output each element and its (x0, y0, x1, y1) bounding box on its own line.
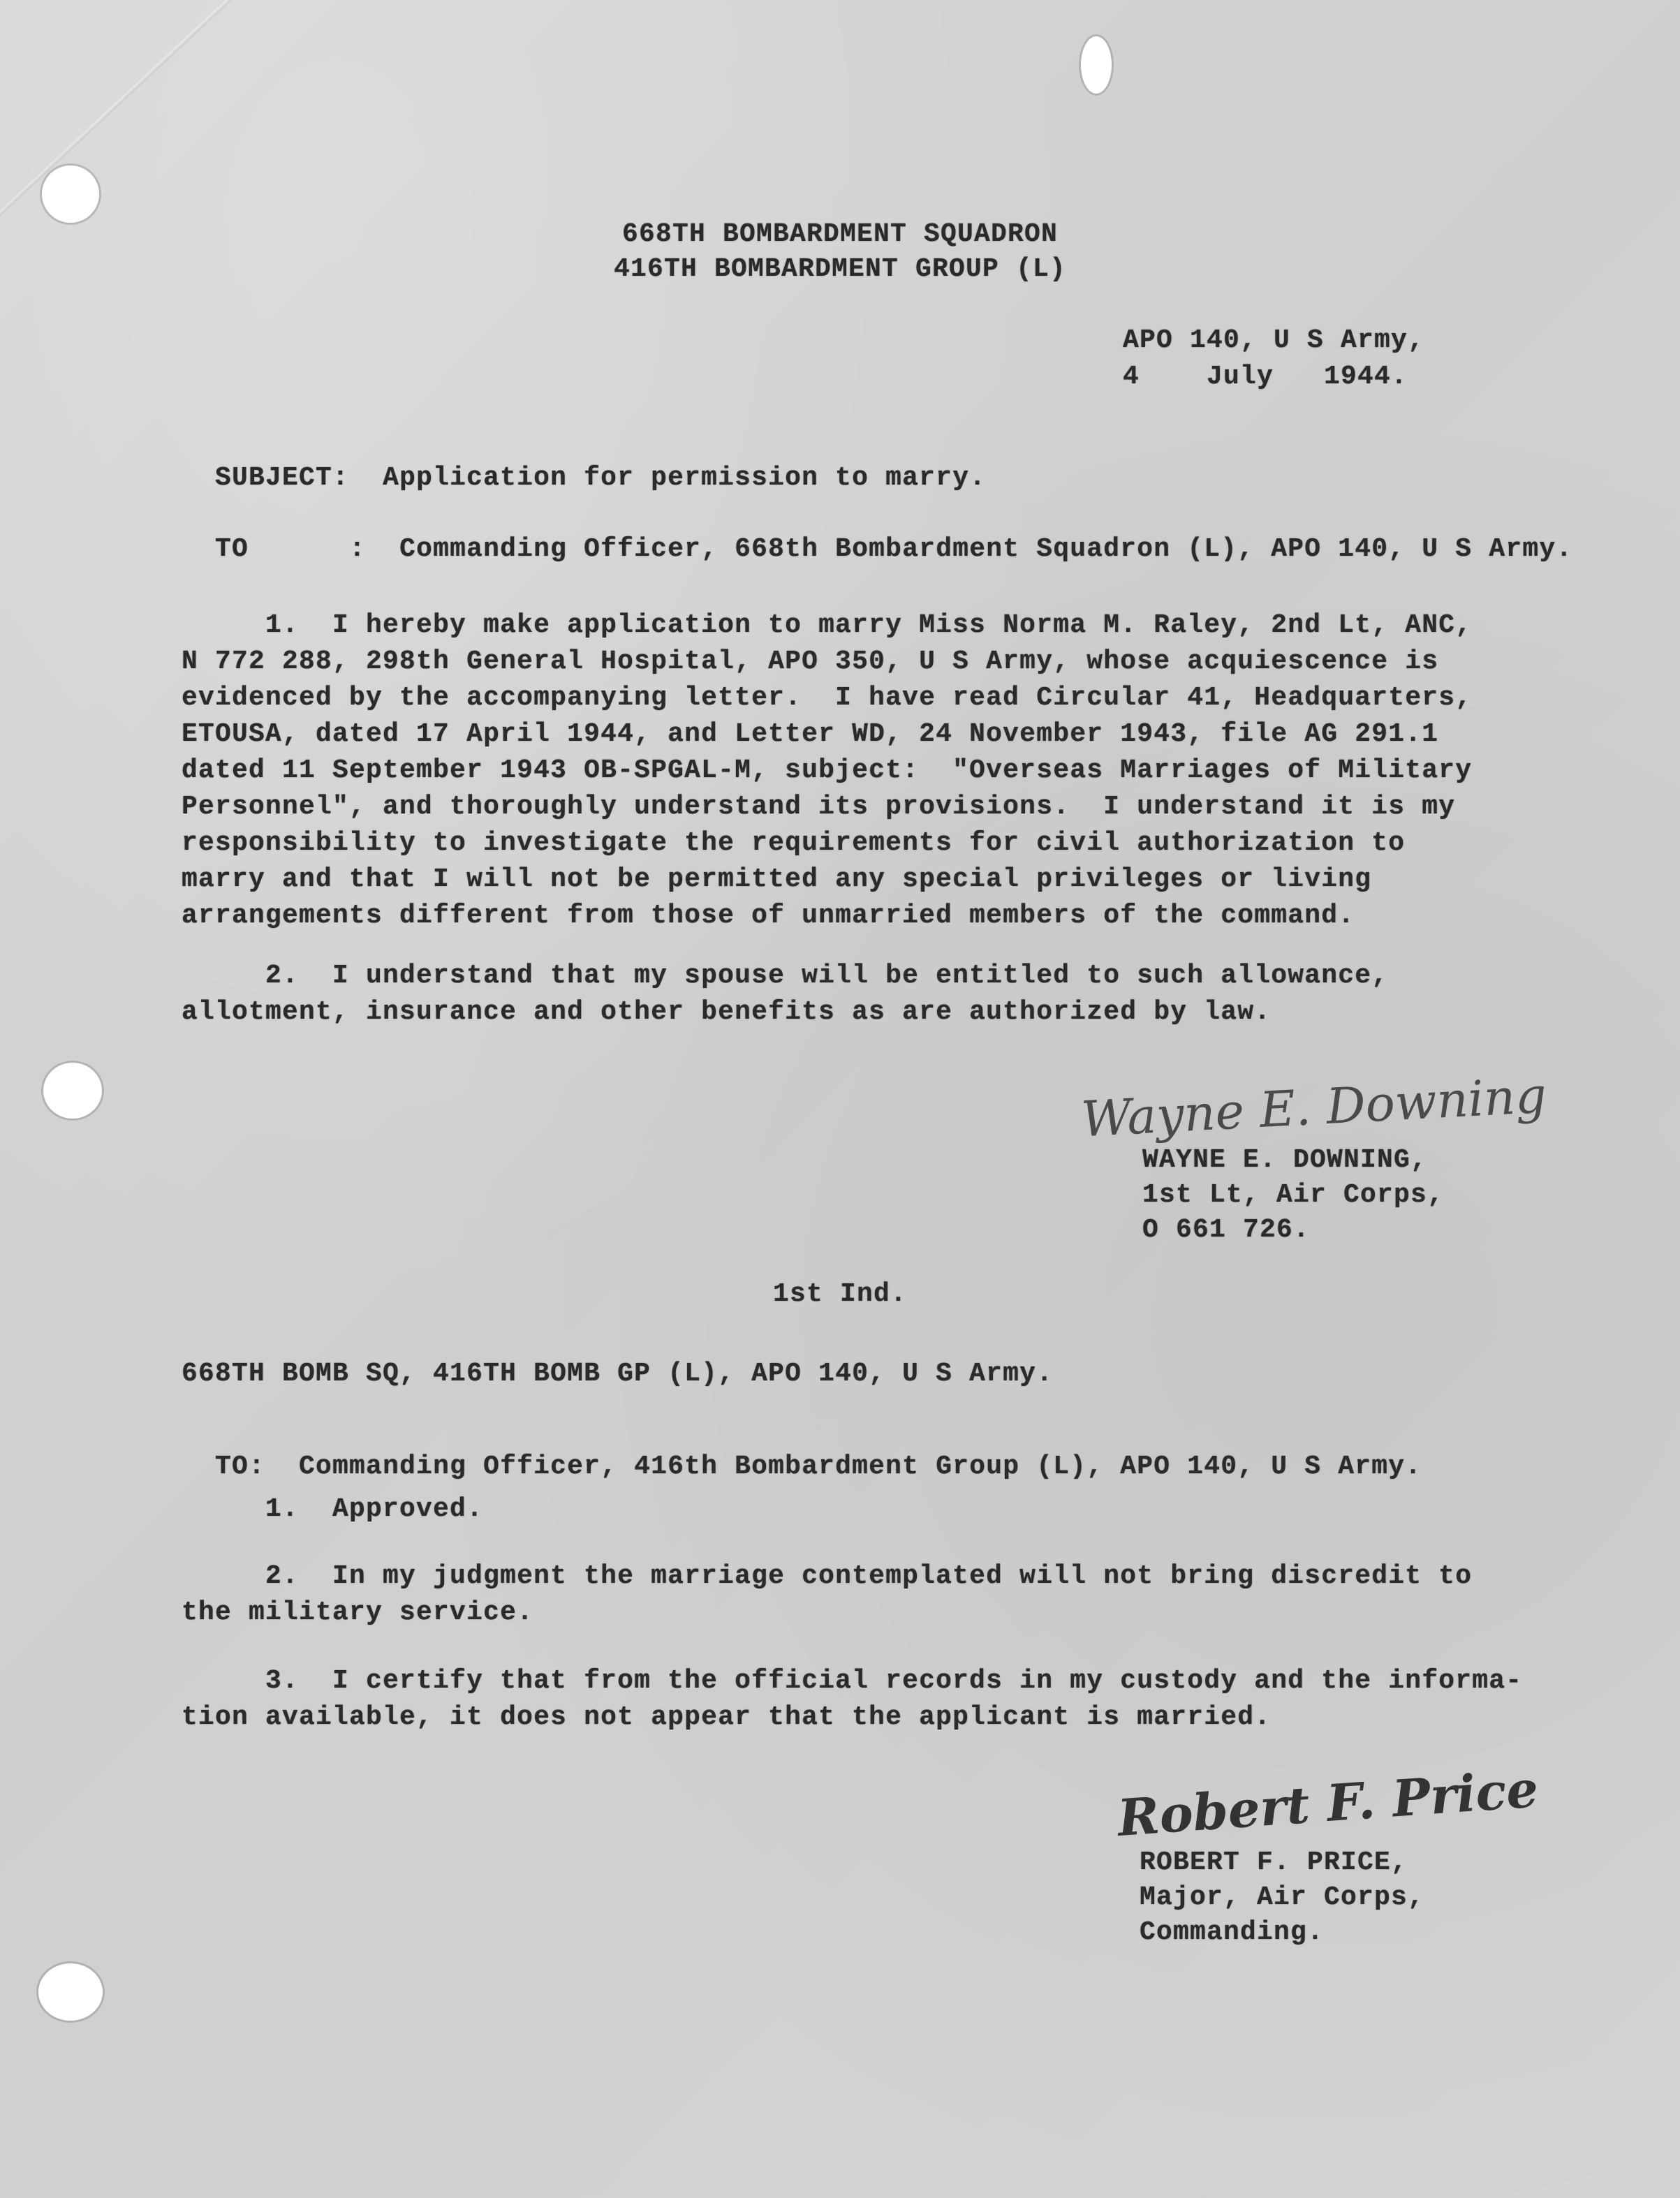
punch-hole-top-right (1081, 36, 1112, 94)
applicant-rank: 1st Lt, Air Corps, (1142, 1180, 1444, 1210)
paragraph-line: evidenced by the accompanying letter. I … (182, 683, 1472, 713)
commander-handwritten-signature: Robert F. Price (1116, 1759, 1540, 1847)
to-line: TO : Commanding Officer, 668th Bombardme… (182, 504, 1572, 564)
indorsement-to-text: Commanding Officer, 416th Bombardment Gr… (299, 1452, 1422, 1482)
paragraph-line: Personnel", and thoroughly understand it… (182, 792, 1455, 822)
paragraph-line: responsibility to investigate the requir… (182, 828, 1405, 858)
paragraph-line: N 772 288, 298th General Hospital, APO 3… (182, 647, 1438, 677)
paragraph-line: ETOUSA, dated 17 April 1944, and Letter … (182, 719, 1438, 749)
applicant-serial: O 661 726. (1142, 1215, 1310, 1245)
paragraph-line: tion available, it does not appear that … (182, 1702, 1271, 1732)
paragraph-line: allotment, insurance and other benefits … (182, 997, 1271, 1027)
dateline-location: APO 140, U S Army, (1123, 325, 1424, 355)
paragraph-line: 2. In my judgment the marriage contempla… (182, 1561, 1472, 1591)
paragraph-line: the military service. (182, 1598, 533, 1628)
letterhead-group: 416TH BOMBARDMENT GROUP (L) (0, 254, 1680, 284)
applicant-handwritten-signature: Wayne E. Downing (1080, 1067, 1547, 1149)
subject-text: Application for permission to marry. (383, 463, 986, 493)
commander-name: ROBERT F. PRICE, (1140, 1847, 1408, 1878)
applicant-name: WAYNE E. DOWNING, (1142, 1145, 1427, 1175)
punch-hole-top-left (42, 165, 99, 223)
dateline-date: 4 July 1944. (1123, 362, 1408, 392)
to-text: Commanding Officer, 668th Bombardment Sq… (399, 534, 1572, 564)
paragraph-line: 2. I understand that my spouse will be e… (182, 961, 1388, 991)
subject-line: SUBJECT: Application for permission to m… (182, 433, 986, 493)
paragraph-line: arrangements different from those of unm… (182, 901, 1355, 931)
indorsement-title: 1st Ind. (0, 1279, 1680, 1309)
indorsement-to-line: TO: Commanding Officer, 416th Bombardmen… (182, 1422, 1422, 1482)
commander-rank: Major, Air Corps, (1140, 1882, 1424, 1912)
indorsement-from: 668TH BOMB SQ, 416TH BOMB GP (L), APO 14… (182, 1359, 1053, 1389)
letterhead-squadron: 668TH BOMBARDMENT SQUADRON (0, 219, 1680, 249)
punch-hole-bottom-left (38, 1963, 103, 2021)
subject-label: SUBJECT: (215, 463, 349, 493)
commander-title: Commanding. (1140, 1917, 1324, 1947)
to-label: TO : (215, 534, 366, 564)
punch-hole-middle-left (43, 1063, 102, 1119)
paper-crease (0, 0, 239, 241)
paragraph-line: dated 11 September 1943 OB-SPGAL-M, subj… (182, 755, 1472, 785)
paragraph-line: 3. I certify that from the official reco… (182, 1666, 1522, 1696)
paragraph-line: 1. I hereby make application to marry Mi… (182, 610, 1472, 640)
paragraph-line: marry and that I will not be permitted a… (182, 864, 1371, 894)
indorsement-item-1: 1. Approved. (182, 1494, 483, 1524)
indorsement-to-label: TO: (215, 1452, 265, 1482)
